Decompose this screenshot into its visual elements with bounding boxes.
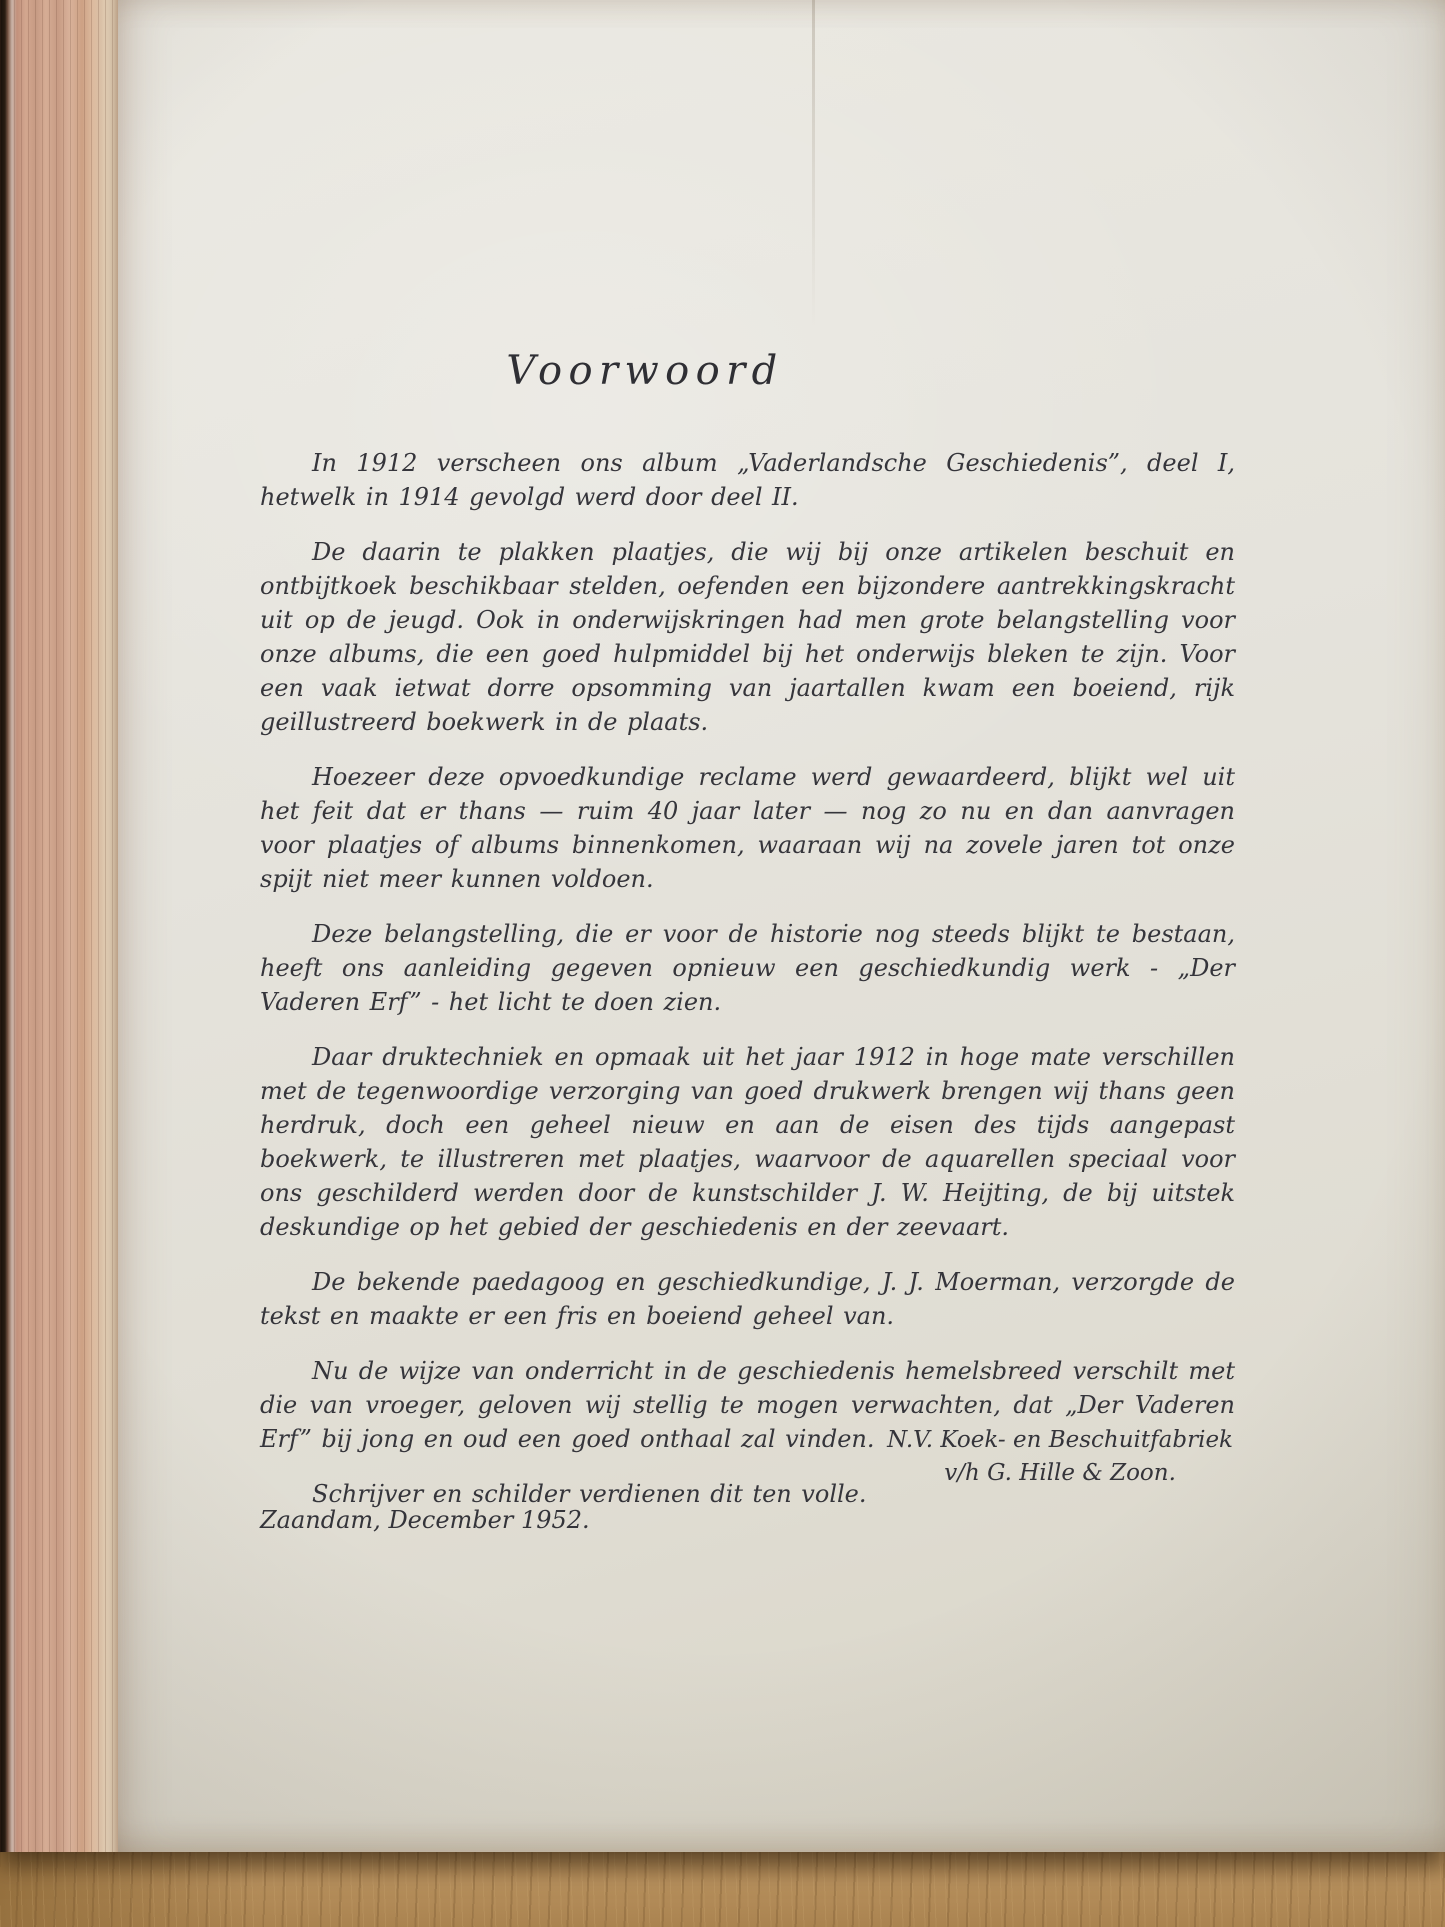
- page-title: Voorwoord: [260, 348, 1030, 394]
- paragraph: Hoezeer deze opvoedkundige reclame werd …: [260, 760, 1235, 896]
- page-edges-gutter: [0, 0, 118, 1852]
- paragraph: Daar druktechniek en opmaak uit het jaar…: [260, 1040, 1235, 1244]
- signature-company: N.V. Koek- en Beschuitfabriek: [887, 1424, 1233, 1457]
- paragraph: De daarin te plakken plaatjes, die wij b…: [260, 535, 1235, 739]
- preface-paragraphs: In 1912 verscheen ons album „Vaderlandsc…: [260, 446, 1235, 1511]
- paragraph: De bekende paedagoog en geschiedkundige,…: [260, 1265, 1235, 1333]
- open-book: Voorwoord In 1912 verscheen ons album „V…: [0, 0, 1445, 1852]
- page-crease: [812, 0, 815, 330]
- signature-firm: v/h G. Hille & Zoon.: [887, 1457, 1233, 1490]
- dateline: Zaandam, December 1952.: [260, 1506, 590, 1534]
- book-photo-scene: Voorwoord In 1912 verscheen ons album „V…: [0, 0, 1445, 1927]
- paragraph: Deze belangstelling, die er voor de hist…: [260, 917, 1235, 1019]
- book-page: Voorwoord In 1912 verscheen ons album „V…: [118, 0, 1445, 1852]
- signature-block: N.V. Koek- en Beschuitfabriek v/h G. Hil…: [887, 1424, 1233, 1490]
- paragraph: In 1912 verscheen ons album „Vaderlandsc…: [260, 446, 1235, 514]
